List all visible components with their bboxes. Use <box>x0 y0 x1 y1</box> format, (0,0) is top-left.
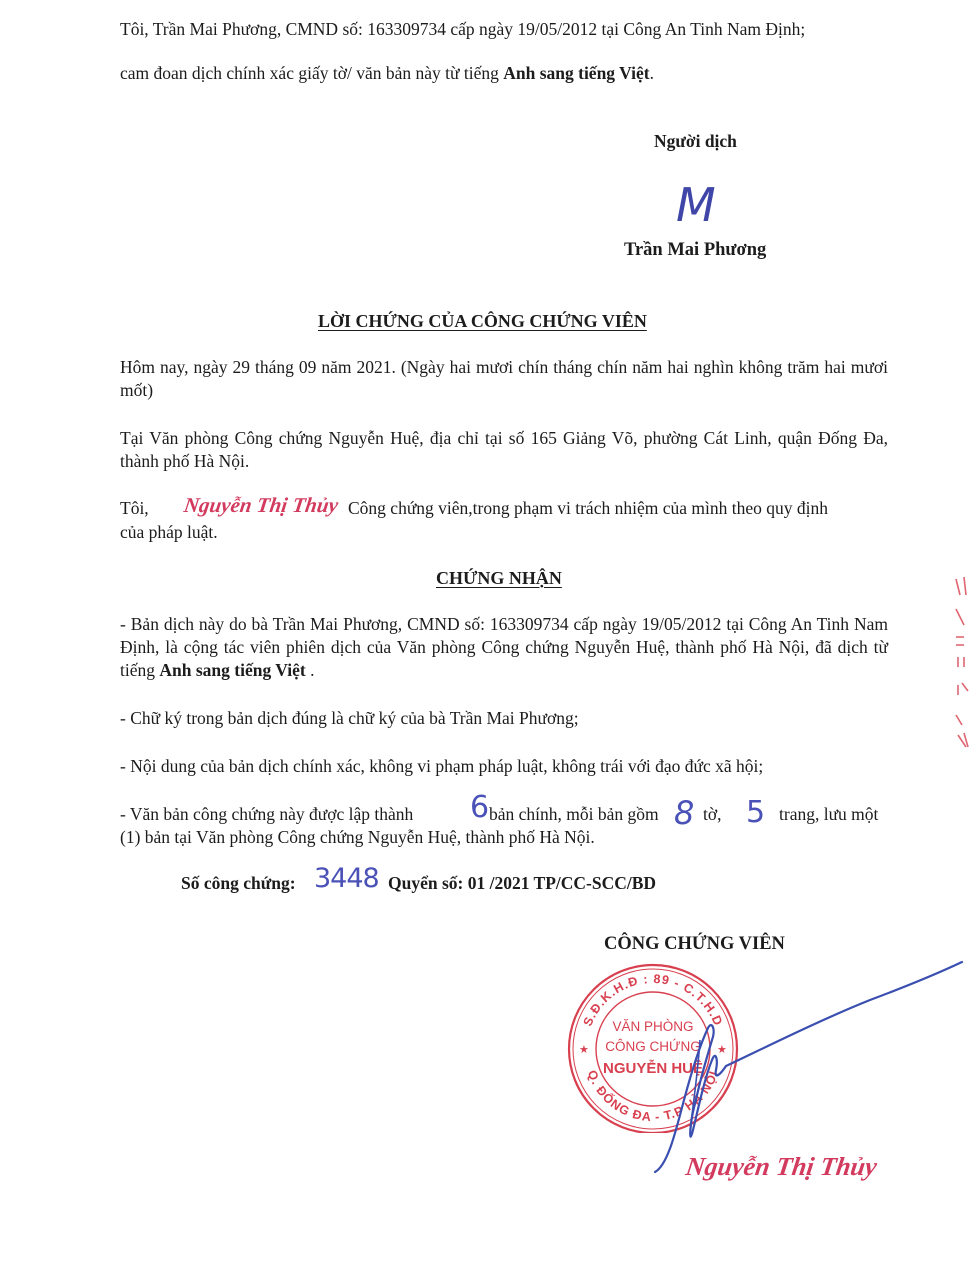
notary-name-stamp: Nguyễn Thị Thủy <box>182 493 340 518</box>
notary-role-text: Công chứng viên,trong phạm vi trách nhiệ… <box>348 498 828 519</box>
item4-line-2: (1) bản tại Văn phòng Công chứng Nguyễn … <box>120 827 595 848</box>
date-paragraph: Hôm nay, ngày 29 tháng 09 năm 2021. (Ngà… <box>120 356 888 402</box>
item4-part-d: trang, lưu một <box>779 804 878 825</box>
certification-title: CHỨNG NHẬN <box>436 568 562 589</box>
notary-seal: S.Đ.K.H.Đ : 89 - C.T.H.D Q. ĐỐNG ĐA - T.… <box>563 953 743 1133</box>
translator-name: Trần Mai Phương <box>624 240 766 261</box>
registry-book: Quyển số: 01 /2021 TP/CC-SCC/BD <box>388 873 656 894</box>
notary-signer-name-stamp: Nguyễn Thị Thủy <box>684 1152 879 1182</box>
notary-prefix: Tôi, <box>120 498 149 518</box>
declaration-text: cam đoan dịch chính xác giấy tờ/ văn bản… <box>120 63 503 83</box>
declaration-line-2: cam đoan dịch chính xác giấy tờ/ văn bản… <box>120 63 654 84</box>
notary-signature-label: CÔNG CHỨNG VIÊN <box>604 934 785 955</box>
registry-number-handwritten: 3448 <box>314 863 379 894</box>
copies-handwritten: 6 <box>470 790 489 825</box>
certification-item-3: - Nội dung của bản dịch chính xác, không… <box>120 756 763 777</box>
item4-part-a: - Văn bản công chứng này được lập thành <box>120 804 413 824</box>
seal-line-2: CÔNG CHỨNG <box>605 1039 701 1054</box>
period: . <box>650 63 654 83</box>
notary-statement-title: LỜI CHỨNG CỦA CÔNG CHỨNG VIÊN <box>318 311 647 332</box>
item1-suffix: . <box>306 660 315 680</box>
declaration-line-1: Tôi, Trần Mai Phương, CMND số: 163309734… <box>120 19 805 40</box>
pages-handwritten: 5 <box>746 795 765 830</box>
svg-text:★: ★ <box>717 1044 727 1056</box>
location-paragraph: Tại Văn phòng Công chứng Nguyễn Huệ, địa… <box>120 427 888 473</box>
certification-item-2: - Chữ ký trong bản dịch đúng là chữ ký c… <box>120 708 579 729</box>
item4-part-b: bản chính, mỗi bản gồm <box>489 804 659 825</box>
certification-item-4: - Văn bản công chứng này được lập thành <box>120 804 413 825</box>
svg-text:★: ★ <box>579 1044 589 1056</box>
seal-line-3: NGUYỄN HUỆ <box>603 1059 703 1077</box>
translator-signature: M <box>676 178 716 232</box>
seal-line-1: VĂN PHÒNG <box>612 1019 693 1034</box>
edge-seal-fragment <box>946 575 976 755</box>
registry-number-label: Số công chứng: <box>181 873 296 894</box>
certification-item-1: - Bản dịch này do bà Trần Mai Phương, CM… <box>120 613 888 682</box>
item4-part-c: tờ, <box>703 804 722 825</box>
notary-role-text-2: của pháp luật. <box>120 522 218 543</box>
notary-intro: Tôi, <box>120 498 149 519</box>
sheets-handwritten: 8 <box>674 794 694 832</box>
language-pair: Anh sang tiếng Việt <box>503 63 649 83</box>
item1-language-pair: Anh sang tiếng Việt <box>159 660 305 680</box>
translator-label: Người dịch <box>654 131 737 152</box>
